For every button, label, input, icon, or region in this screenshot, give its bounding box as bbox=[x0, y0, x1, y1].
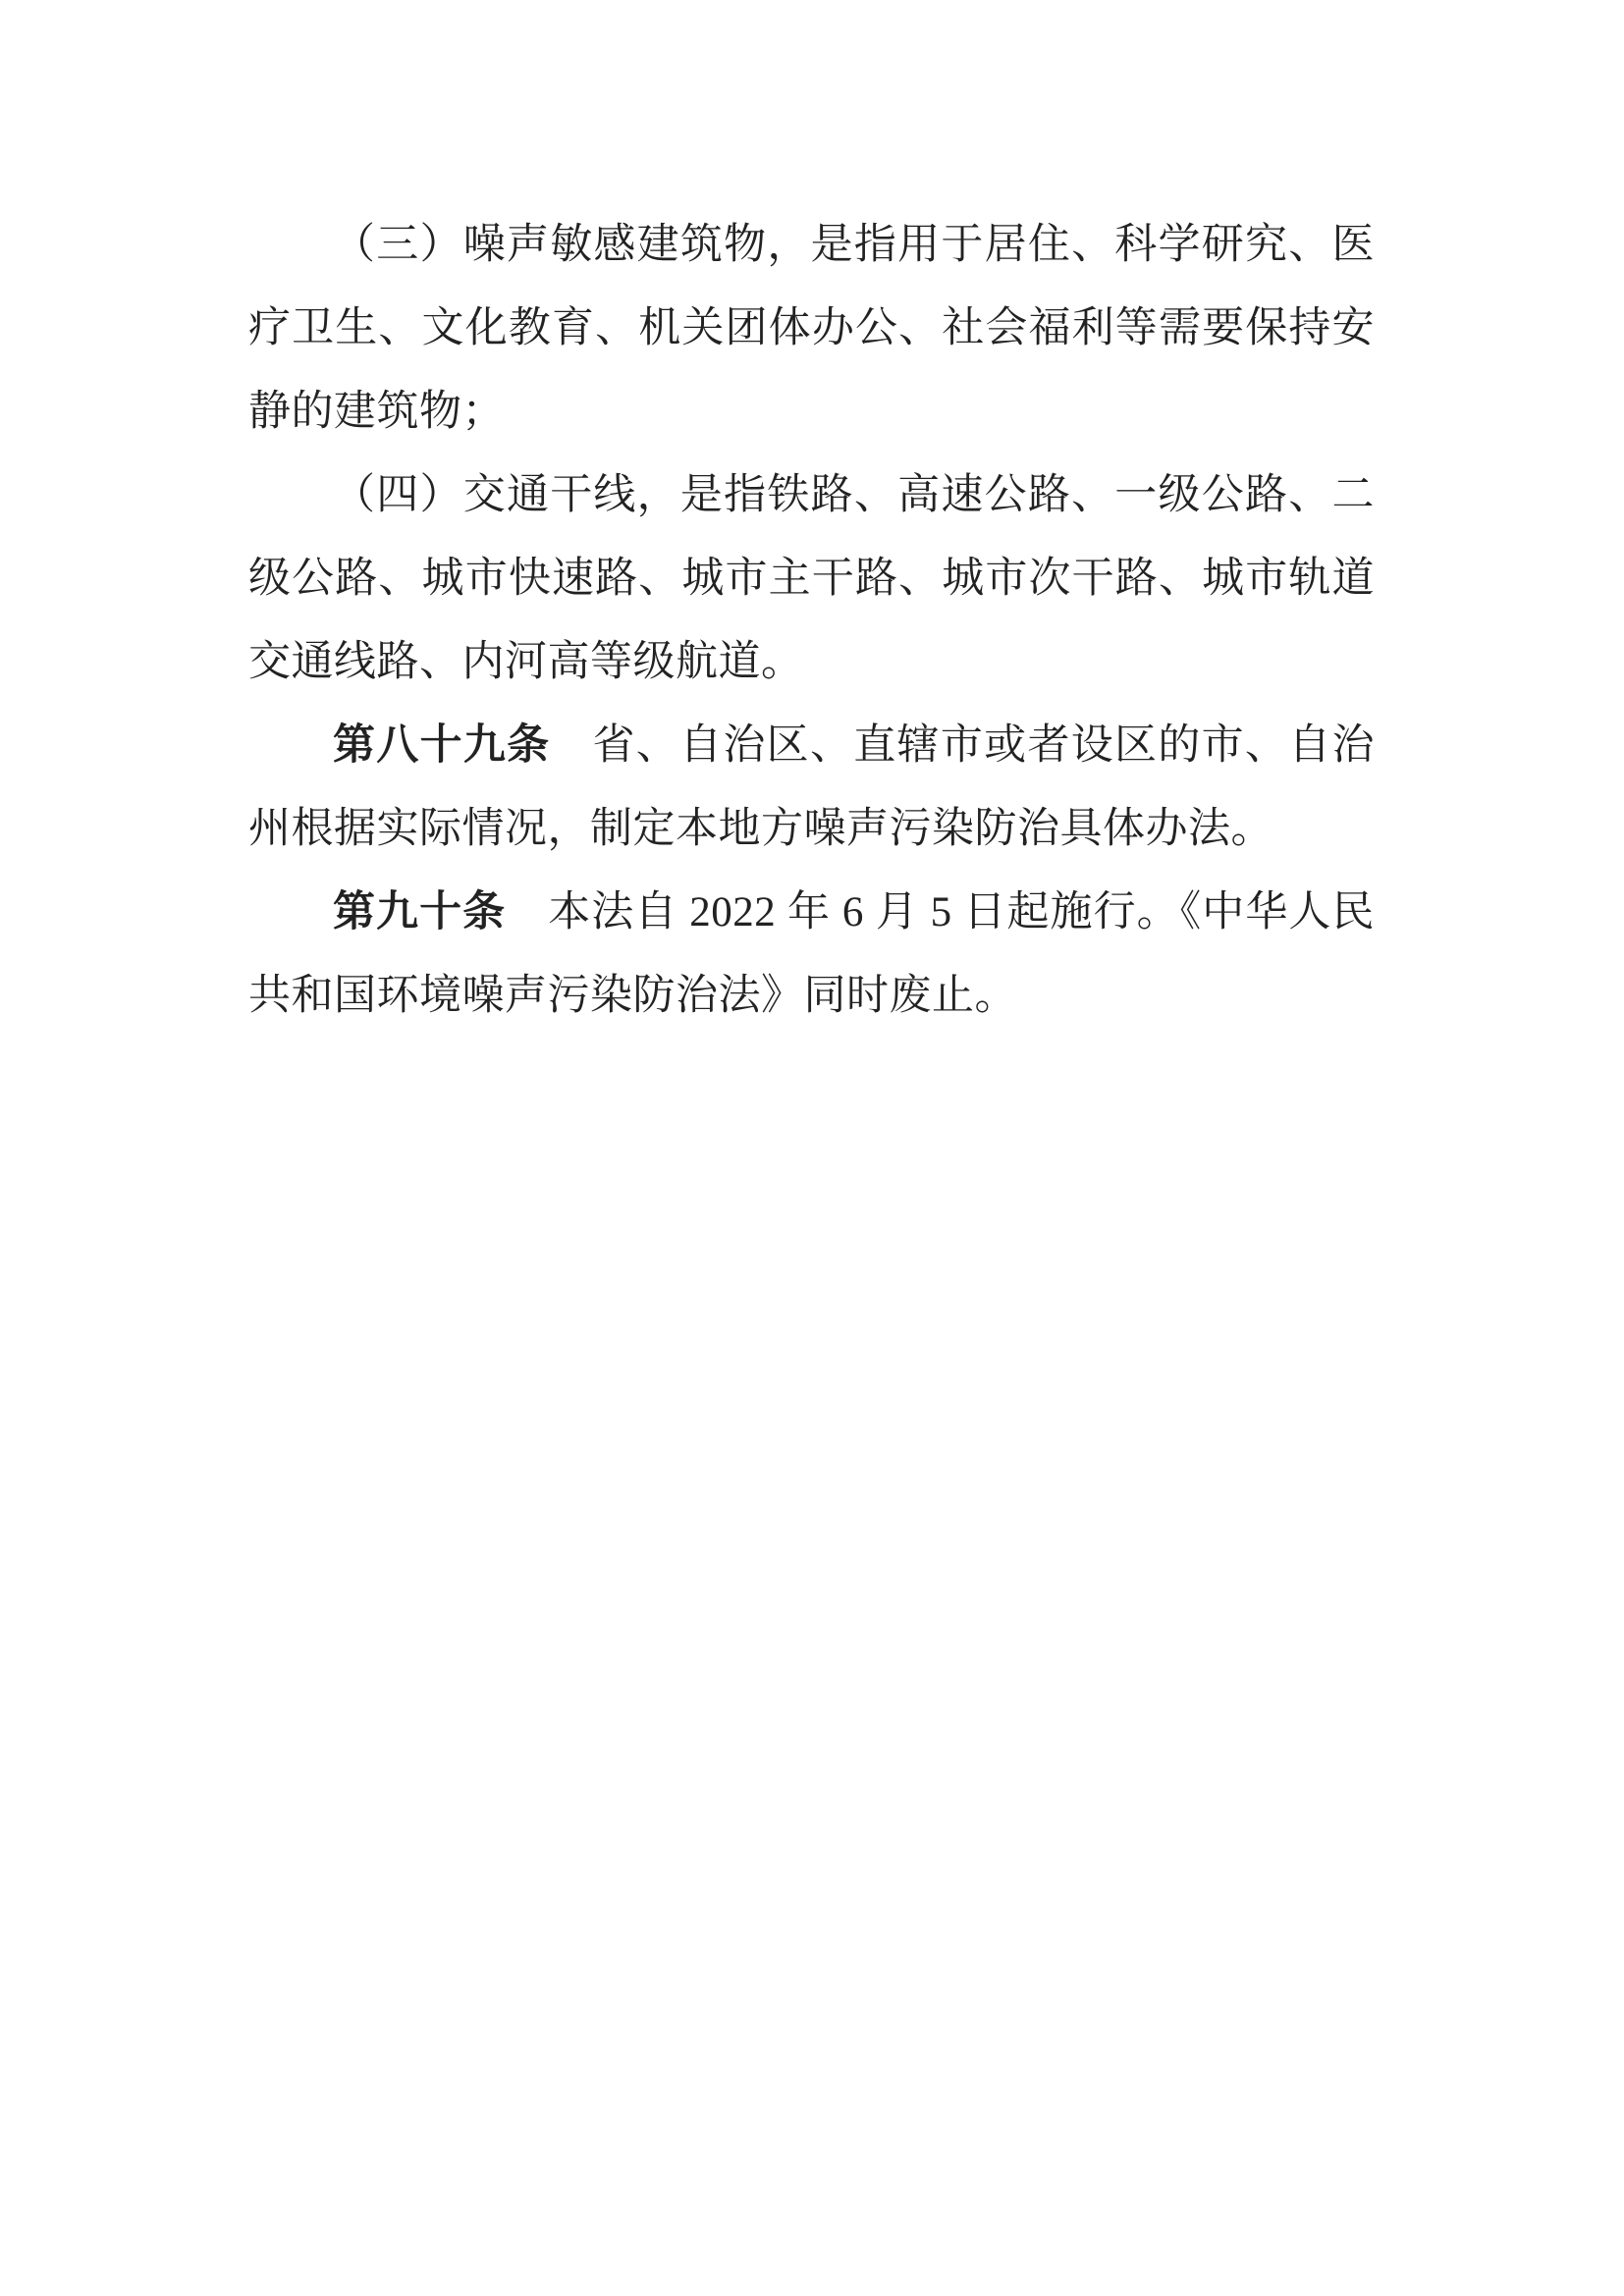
paragraph-item-3-definition: （三）噪声敏感建筑物，是指用于居住、科学研究、医疗卫生、文化教育、机关团体办公、… bbox=[248, 203, 1375, 454]
paragraph-text: （四）交通干线，是指铁路、高速公路、一级公路、二级公路、城市快速路、城市主干路、… bbox=[248, 472, 1375, 685]
document-page: （三）噪声敏感建筑物，是指用于居住、科学研究、医疗卫生、文化教育、机关团体办公、… bbox=[0, 0, 1624, 2296]
paragraph-article-89: 第八十九条省、自治区、直辖市或者设区的市、自治州根据实际情况，制定本地方噪声污染… bbox=[248, 704, 1375, 871]
document-body: （三）噪声敏感建筑物，是指用于居住、科学研究、医疗卫生、文化教育、机关团体办公、… bbox=[248, 203, 1375, 1038]
paragraph-text: （三）噪声敏感建筑物，是指用于居住、科学研究、医疗卫生、文化教育、机关团体办公、… bbox=[248, 222, 1375, 435]
article-89-number: 第八十九条 bbox=[333, 721, 550, 769]
paragraph-article-90: 第九十条本法自 2022 年 6 月 5 日起施行。《中华人民共和国环境噪声污染… bbox=[248, 871, 1375, 1038]
paragraph-item-4-definition: （四）交通干线，是指铁路、高速公路、一级公路、二级公路、城市快速路、城市主干路、… bbox=[248, 454, 1375, 704]
article-90-number: 第九十条 bbox=[333, 888, 506, 935]
